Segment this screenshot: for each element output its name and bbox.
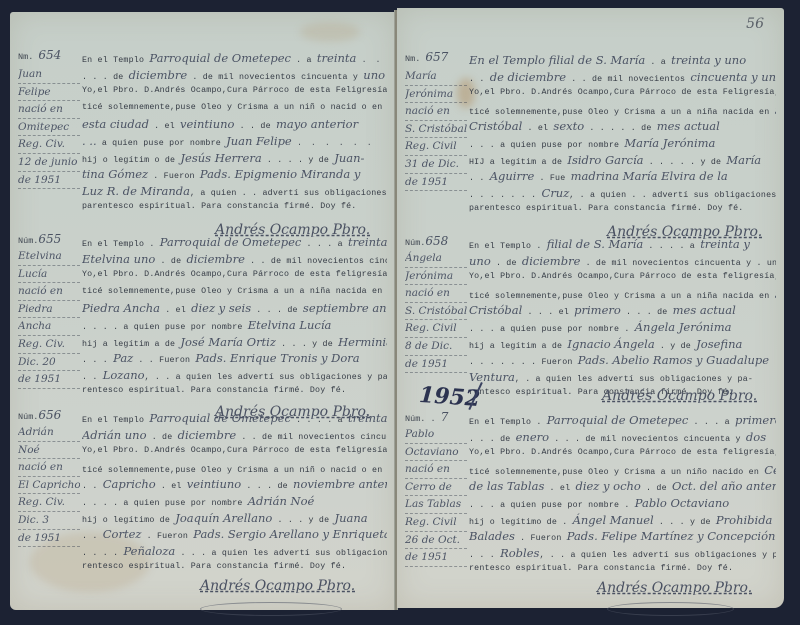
right-page: 56 Nm. 657 MaríaJerónimanació enS. Crist… [397, 8, 784, 608]
entry-body: En el Templo . Parroquial de Ometepec . … [469, 412, 776, 578]
priest-signature: Andrés Ocampo Pbro. [597, 580, 752, 596]
margin-note: EtelvinaLucíanació enPiedraAnchaReg. Civ… [18, 248, 80, 389]
priest-signature: Andrés Ocampo Pbro. [200, 578, 355, 594]
entry-number: Núm.655 [18, 232, 61, 246]
signature-flourish [607, 602, 734, 616]
left-page: Nm. 654 JuanFelipenació enOmitepecReg. C… [10, 12, 395, 610]
margin-note: PabloOctavianonació enCerro deLas Tablas… [405, 426, 467, 567]
entry-number: Nm. 654 [18, 48, 61, 62]
entry-body: En el Templo . filial de S. María . . . … [469, 236, 776, 402]
signature-flourish [200, 602, 342, 616]
margin-note: JuanFelipenació enOmitepecReg. Civ.12 de… [18, 66, 80, 189]
margin-note: AdriánNoénació enEl CaprichoReg. Civ.Dic… [18, 424, 80, 547]
priest-signature: Andrés Ocampo Pbro. [602, 388, 757, 404]
entry-body: En el Templo . Parroquial de Ometepec . … [82, 234, 387, 400]
entry-number: Núm. . 7 [405, 410, 448, 424]
margin-note: MaríaJerónimanació enS. CristóbalReg. Ci… [405, 68, 467, 191]
entry-number: Núm.658 [405, 234, 448, 248]
entry-body: En el Templo filial de S. María . a trei… [469, 52, 776, 218]
year-annotation: 1952 [418, 382, 481, 412]
entry-number: Nm. 657 [405, 50, 448, 64]
folio-number: 56 [746, 16, 764, 32]
entry-number: Núm.656 [18, 408, 61, 422]
margin-note: ÁngelaJerónimanació enS. CristóbalReg. C… [405, 250, 467, 373]
entry-body: En el Templo Parroquial de Ometepec . . … [82, 410, 387, 576]
entry-body: En el Templo Parroquial de Ometepec . a … [82, 50, 387, 216]
